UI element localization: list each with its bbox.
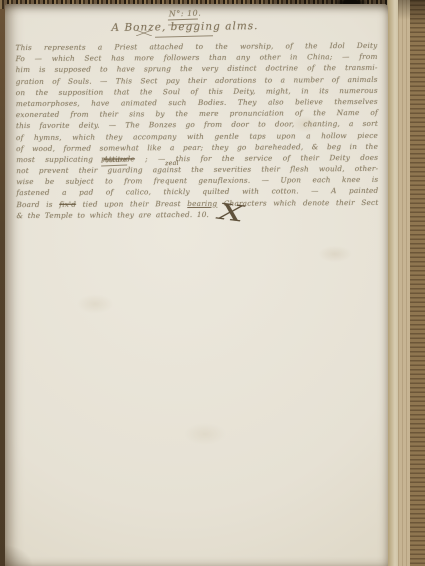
text-segment: fix'd bbox=[59, 199, 76, 208]
text-segment: & the Temple to which they are attached.… bbox=[16, 210, 209, 220]
text-segment: gration of Souls. — This Sect pay their … bbox=[16, 74, 378, 85]
photo-of-manuscript-page: { "colors": { "paper": "#e8e4d9", "ink":… bbox=[0, 0, 425, 566]
interlinear-insertion-posture: Posture bbox=[101, 156, 127, 166]
cancellation-x-mark: X bbox=[217, 200, 244, 225]
text-segment: tied upon their Breast bbox=[76, 199, 187, 209]
manuscript-line: & the Temple to which they are attached.… bbox=[16, 208, 378, 221]
book-gutter-edge bbox=[387, 0, 398, 566]
manuscript-lines: This represents a Priest attached to the… bbox=[15, 40, 378, 221]
text-segment: him is supposed to have sprung the very … bbox=[16, 63, 378, 74]
interlinear-insertion-zeal: zeal bbox=[165, 159, 179, 167]
text-segment: bearing bbox=[187, 199, 217, 208]
book-page-edges-outer bbox=[410, 0, 425, 566]
text-segment: fastened a pad of calico, thickly quilte… bbox=[16, 186, 378, 197]
heading-number: N°: 10. bbox=[140, 8, 230, 19]
book-page-edges-middle bbox=[398, 0, 410, 566]
text-segment: Board is bbox=[16, 199, 59, 208]
text-segment: of hymns, which they accompany with gent… bbox=[16, 130, 378, 141]
title-underline bbox=[155, 33, 213, 38]
manuscript-page: N°: 10. A Bonze, begging alms. This repr… bbox=[5, 4, 388, 566]
text-segment: this favorite deity. — The Bonzes go fro… bbox=[16, 119, 378, 130]
text-segment: of wood, formed somewhat like a pear; th… bbox=[16, 142, 378, 153]
page-title: A Bonze, begging alms. bbox=[73, 20, 297, 35]
title-scribble-mark bbox=[136, 30, 152, 36]
text-segment: most supplicating bbox=[16, 154, 103, 164]
manuscript-line: Board is fix'd tied upon their Breast be… bbox=[16, 197, 378, 210]
text-segment: on the supposition that the Soul of this… bbox=[16, 86, 378, 97]
